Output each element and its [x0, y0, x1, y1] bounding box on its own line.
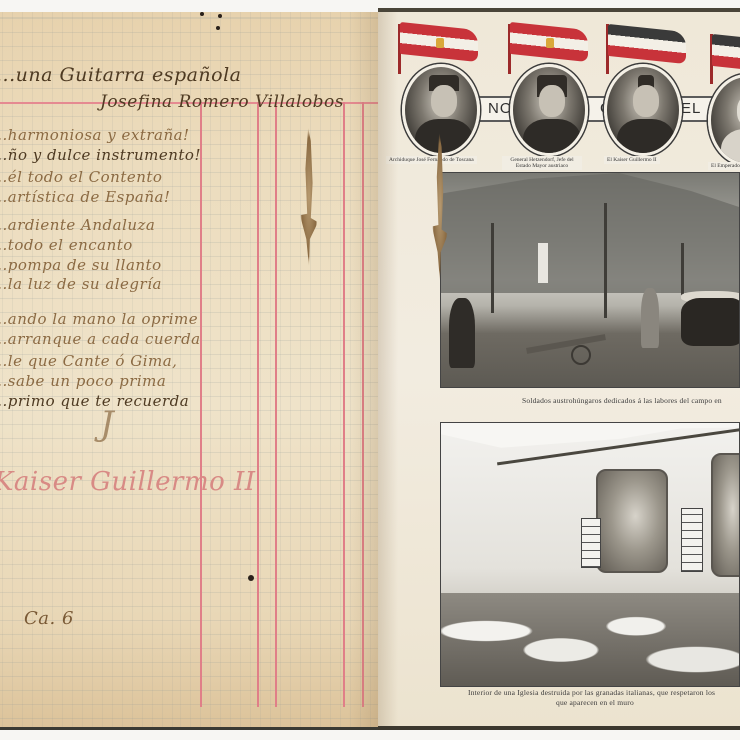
- photo-caption: Interior de una Iglesia destruida por la…: [468, 688, 715, 697]
- open-album: ...una Guitarra española Josefina Romero…: [0, 0, 740, 740]
- handwriting-line: ...ño y dulce instrumento!: [0, 146, 201, 164]
- banner-word: EL: [681, 100, 701, 117]
- red-column-rule: [257, 102, 259, 707]
- spine-shadow: [378, 12, 398, 726]
- portrait-caption: Archiduque José Fernando de Toscana: [386, 156, 477, 164]
- portrait-caption: El Emperador...: [708, 162, 740, 170]
- handwriting-line: ...él todo el Contento: [0, 168, 162, 186]
- handwriting-line: ...una Guitarra española: [0, 64, 242, 86]
- portrait-emperor: [708, 74, 740, 166]
- handwriting-line: ...primo que te recuerda: [0, 392, 189, 410]
- handwriting-line: ...pompa de su llanto: [0, 256, 162, 274]
- handwriting-line: ...todo el encanto: [0, 236, 133, 254]
- portrait-archduke: [402, 64, 480, 156]
- portrait-kaiser: [604, 64, 682, 156]
- red-heading: Kaiser Guillermo II: [0, 467, 256, 497]
- crest-icon: [436, 38, 444, 48]
- handwriting-line: ...le que Cante ó Gima,: [0, 352, 177, 370]
- pin-hole: [200, 12, 204, 16]
- banner-word: NO: [488, 100, 513, 117]
- pin-hole: [248, 575, 254, 581]
- portrait-caption: General Hetzendorf, Jefe del Estado Mayo…: [502, 156, 582, 170]
- crest-icon: [546, 38, 554, 48]
- handwriting-line: ...arranque a cada cuerda: [0, 330, 201, 348]
- pin-hole: [218, 14, 222, 18]
- photo-caption: que aparecen en el muro: [556, 698, 634, 707]
- red-column-rule: [343, 102, 345, 707]
- handwriting-line: ...ardiente Andaluza: [0, 216, 155, 234]
- portrait-general: [510, 64, 588, 156]
- handwriting-line: ...ando la mano la oprime: [0, 310, 198, 328]
- photo-caption: Soldados austrohúngaros dedicados á las …: [522, 396, 722, 405]
- handwriting-line: ...sabe un poco prima: [0, 372, 166, 390]
- handwriting-line: ...la luz de su alegría: [0, 275, 162, 293]
- handwriting-line: ...harmoniosa y extraña!: [0, 126, 190, 144]
- handwriting-line: ...artística de España!: [0, 188, 170, 206]
- right-clipping-page: NO G EL Archiduque José Fernando de Tosc…: [378, 8, 740, 730]
- bottom-note: Ca. 6: [24, 608, 74, 629]
- photo-soldiers-ploughing: [440, 172, 740, 388]
- handwriting-line: Josefina Romero Villalobos: [100, 92, 344, 112]
- red-column-rule: [200, 102, 202, 707]
- spine-shadow: [348, 12, 378, 727]
- photo-destroyed-church: [440, 422, 740, 687]
- portrait-caption: El Kaiser Guillermo II: [604, 156, 660, 164]
- german-flag-icon: [608, 24, 686, 64]
- tear-stain: [300, 127, 318, 267]
- left-ledger-page: ...una Guitarra española Josefina Romero…: [0, 12, 378, 730]
- german-flag-icon: [712, 34, 740, 74]
- red-column-rule: [275, 102, 277, 707]
- pin-hole: [216, 26, 220, 30]
- signature-flourish: J: [100, 404, 114, 444]
